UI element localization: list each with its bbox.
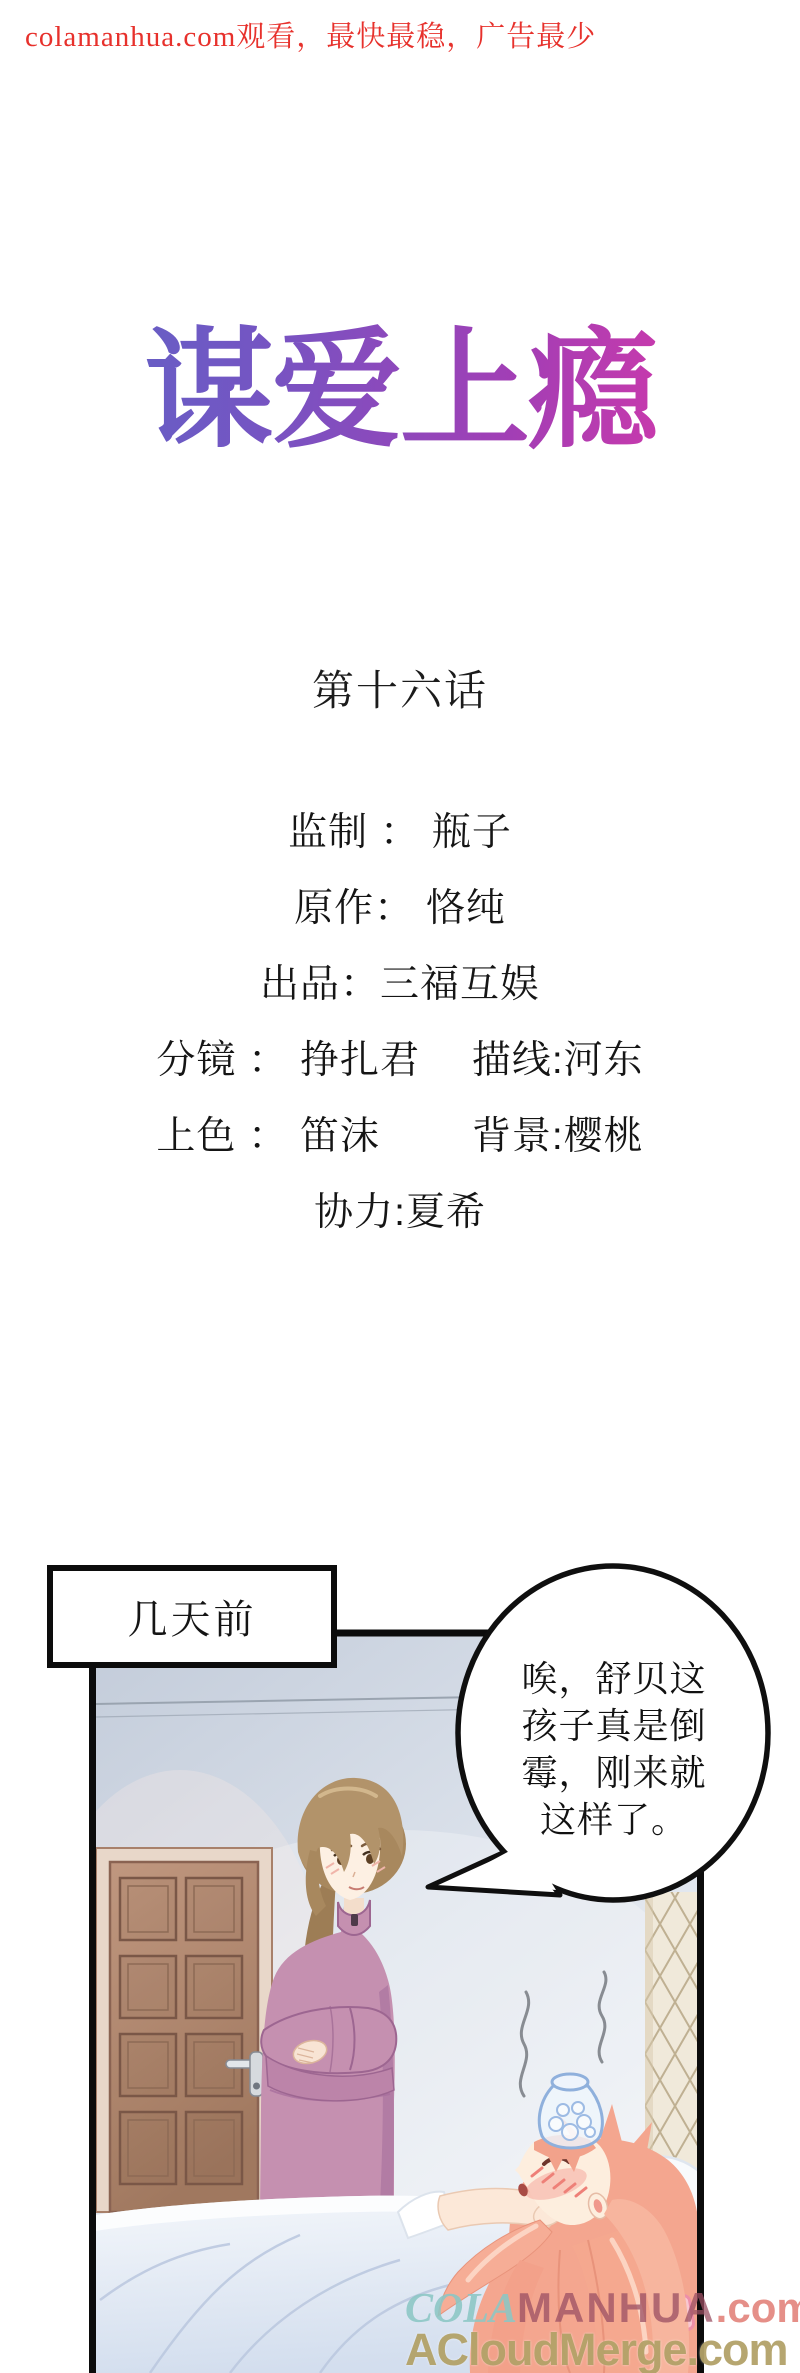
credits-block: 监制 ： 瓶子 原作： 恪纯 出品：三福互娱 分镜 ： 挣扎君 描线:河东 上色…: [0, 812, 800, 1268]
crossed-arms: [261, 2006, 396, 2101]
door: [96, 1848, 272, 2212]
series-logo: 谋爱上瘾: [0, 316, 800, 466]
speech-bubble-text: 唉，舒贝这 孩子真是倒 霉，刚来就 这样了。: [468, 1655, 760, 1843]
quilted-headboard: [645, 1892, 699, 2192]
credit-line-producer: 出品：三福互娱: [0, 964, 800, 1006]
credit-line-storyboard-lineart: 分镜 ： 挣扎君 描线:河东: [0, 1040, 800, 1082]
caption-box: 几天前: [47, 1565, 337, 1668]
credit-line-assist: 协力:夏希: [0, 1192, 800, 1234]
credit-line-supervisor: 监制 ： 瓶子: [0, 812, 800, 854]
caption-text: 几天前: [128, 1588, 257, 1645]
credit-line-original: 原作： 恪纯: [0, 888, 800, 930]
watermark-acloudmerge: ACloudMerge.com: [405, 2324, 788, 2373]
site-notice: colamanhua.com观看，最快最稳，广告最少: [25, 14, 596, 55]
credit-line-color-background: 上色 ： 笛沫 背景:樱桃: [0, 1116, 800, 1158]
chapter-title: 第十六话: [0, 658, 800, 718]
